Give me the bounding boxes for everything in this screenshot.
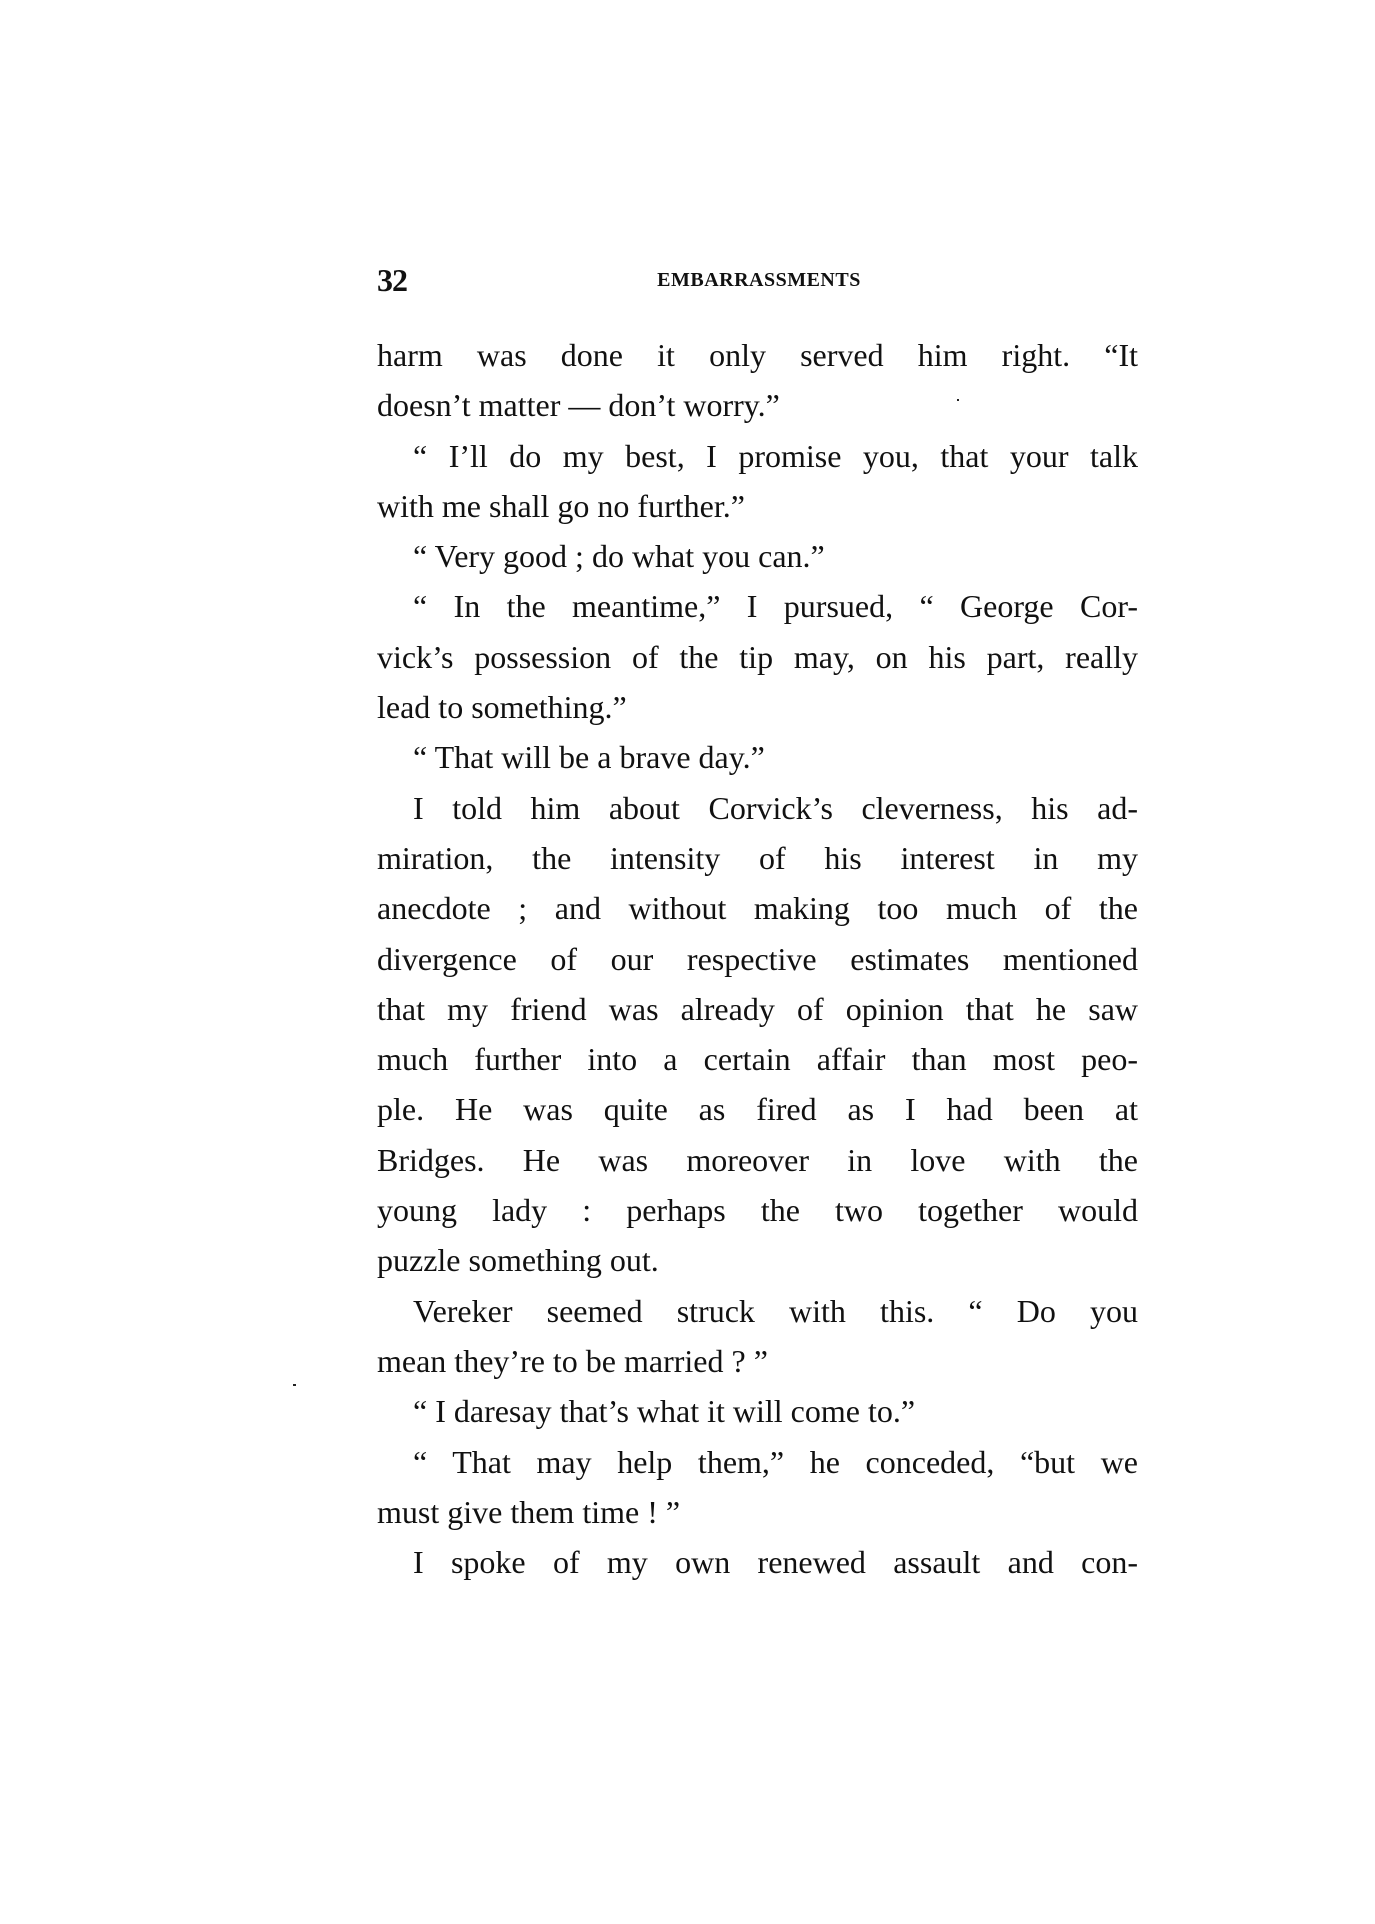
text-line: “ I daresay that’s what it will come to.… <box>377 1386 1138 1436</box>
text-line: I spoke of my own renewed assault and co… <box>377 1537 1138 1587</box>
running-title: EMBARRASSMENTS <box>620 262 898 298</box>
running-head: 32 EMBARRASSMENTS <box>377 262 1138 298</box>
text-line: vick’s possession of the tip may, on his… <box>377 632 1138 682</box>
text-line: puzzle something out. <box>377 1235 1138 1285</box>
text-line: must give them time ! ” <box>377 1487 1138 1537</box>
text-line: Bridges. He was moreover in love with th… <box>377 1135 1138 1185</box>
text-line: “ Very good ; do what you can.” <box>377 531 1138 581</box>
text-line: “ In the meantime,” I pursued, “ George … <box>377 581 1138 631</box>
text-line: Vereker seemed struck with this. “ Do yo… <box>377 1286 1138 1336</box>
text-line: doesn’t matter — don’t worry.” <box>377 380 1138 430</box>
text-line: young lady : perhaps the two together wo… <box>377 1185 1138 1235</box>
text-line: harm was done it only served him right. … <box>377 330 1138 380</box>
text-line: mean they’re to be married ? ” <box>377 1336 1138 1386</box>
page-number: 32 <box>377 262 407 298</box>
scan-speck <box>957 399 959 401</box>
text-line: “ I’ll do my best, I promise you, that y… <box>377 431 1138 481</box>
text-line: “ That will be a brave day.” <box>377 732 1138 782</box>
book-page: 32 EMBARRASSMENTS harm was done it only … <box>0 0 1375 1924</box>
text-line: divergence of our respective estimates m… <box>377 934 1138 984</box>
text-line: miration, the intensity of his interest … <box>377 833 1138 883</box>
text-line: I told him about Corvick’s cleverness, h… <box>377 783 1138 833</box>
text-line: “ That may help them,” he conceded, “but… <box>377 1437 1138 1487</box>
text-line: ple. He was quite as fired as I had been… <box>377 1084 1138 1134</box>
text-line: lead to something.” <box>377 682 1138 732</box>
text-line: much further into a certain affair than … <box>377 1034 1138 1084</box>
text-line: with me shall go no further.” <box>377 481 1138 531</box>
scan-speck <box>293 1384 296 1386</box>
text-line: that my friend was already of opinion th… <box>377 984 1138 1034</box>
body-text: harm was done it only served him right. … <box>377 330 1138 1587</box>
text-line: anecdote ; and without making too much o… <box>377 883 1138 933</box>
